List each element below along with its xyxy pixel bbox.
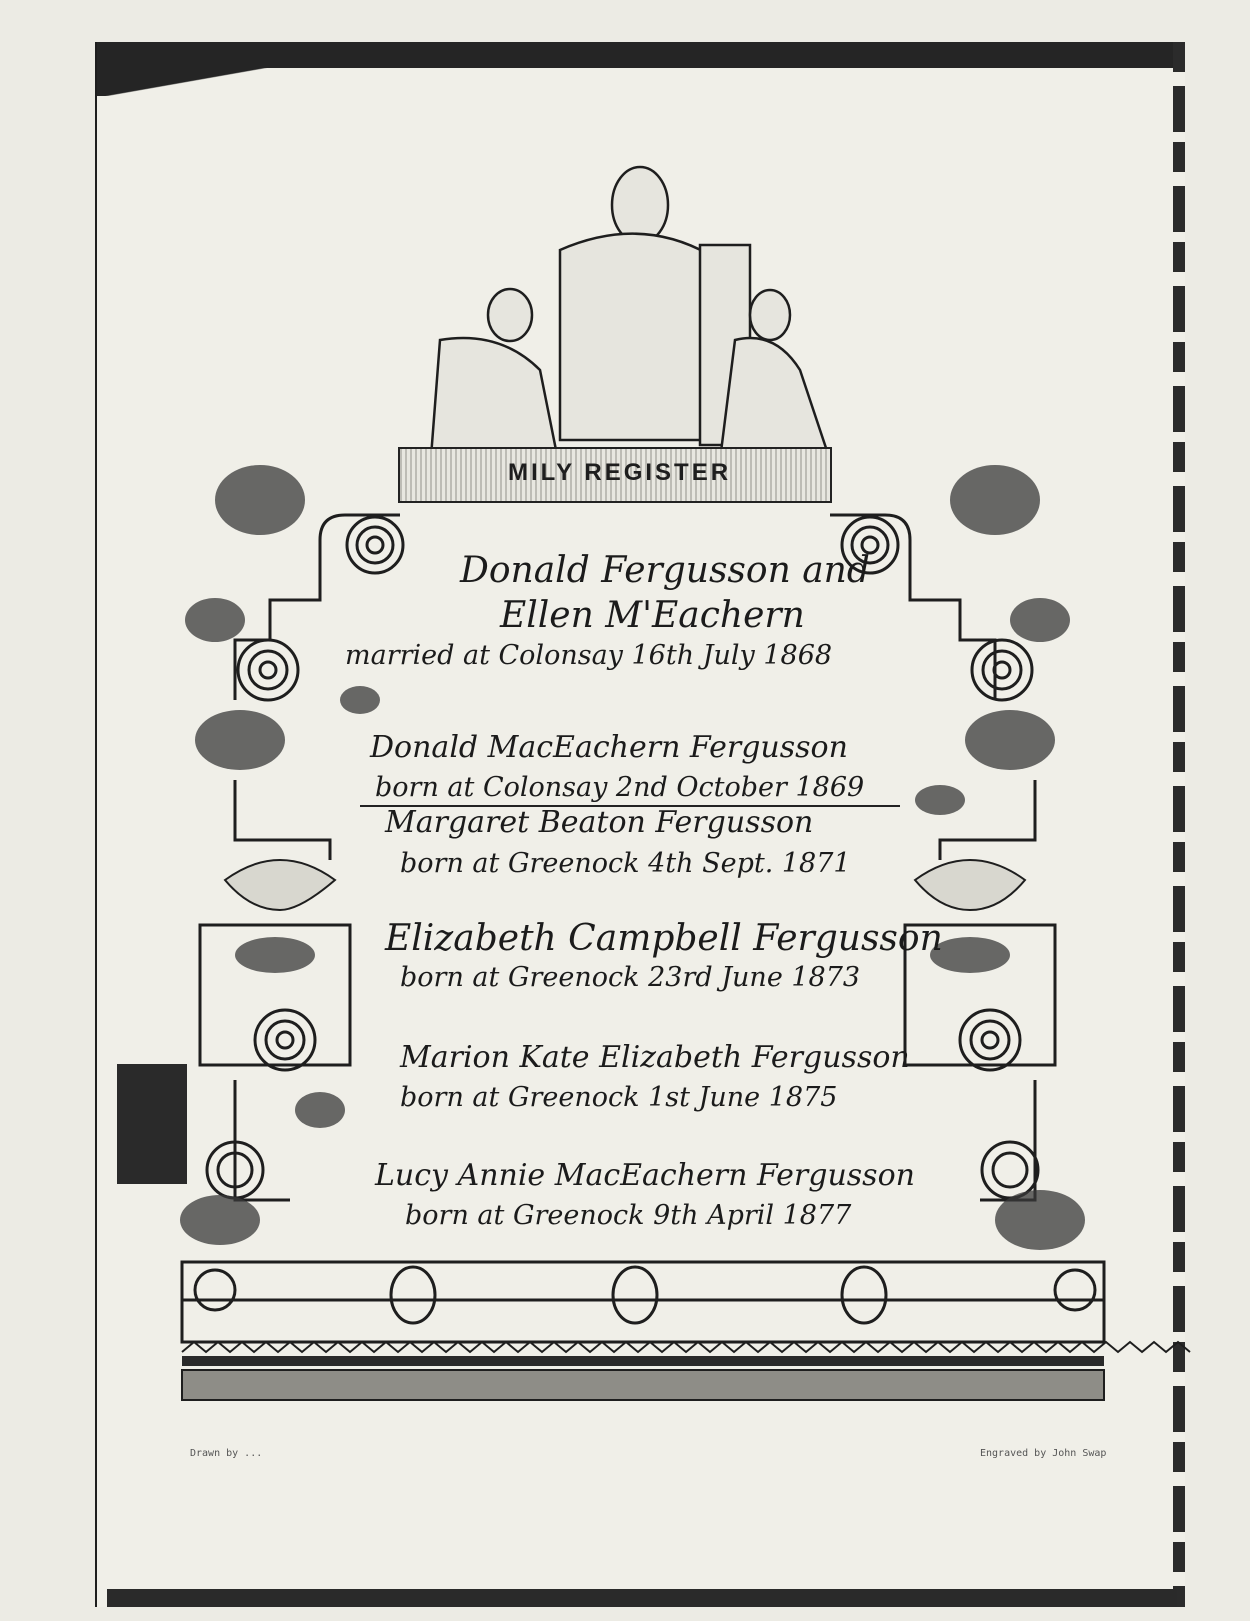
birth-entry-detail: born at Greenock 23rd June 1873 (400, 962, 860, 993)
birth-entry-name: Donald MacEachern Fergusson (370, 730, 848, 765)
birth-entry-detail: born at Greenock 4th Sept. 1871 (400, 848, 851, 879)
drawn-by-credit: Drawn by ... (190, 1448, 262, 1459)
birth-entry-detail: born at Greenock 9th April 1877 (405, 1200, 851, 1231)
birth-entry-detail: born at Colonsay 2nd October 1869 (375, 772, 864, 803)
engraved-by-credit: Engraved by John Swap (980, 1448, 1106, 1459)
birth-entry-name: Lucy Annie MacEachern Fergusson (375, 1158, 915, 1193)
birth-entry-name: Marion Kate Elizabeth Fergusson (400, 1040, 910, 1075)
birth-entry-detail: born at Greenock 1st June 1875 (400, 1082, 837, 1113)
marriage-line-1: Donald Fergusson and (460, 550, 870, 591)
register-entries: Donald Fergusson and Ellen M'Eachern mar… (0, 0, 1250, 1621)
birth-entry-name: Elizabeth Campbell Fergusson (385, 918, 943, 959)
birth-entry-name: Margaret Beaton Fergusson (385, 805, 813, 840)
marriage-line-2: Ellen M'Eachern (500, 595, 805, 636)
marriage-line-3: married at Colonsay 16th July 1868 (345, 640, 832, 671)
